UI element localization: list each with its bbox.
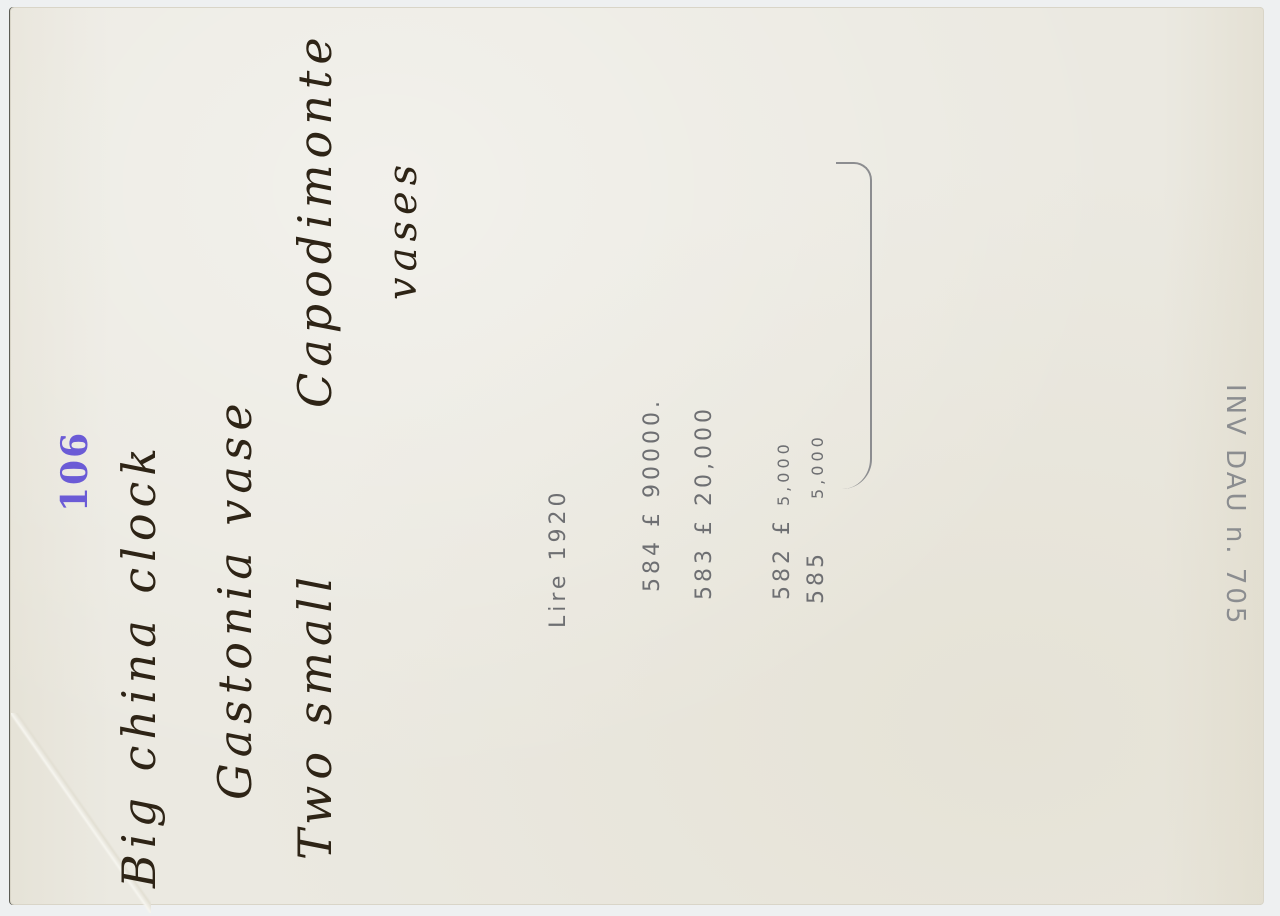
ledger-amount: 5,000 <box>808 433 827 499</box>
ledger-code: 583 <box>692 546 717 600</box>
ledger-currency: £ <box>692 517 717 535</box>
ledger-amount: 5,000 <box>774 440 793 506</box>
ledger-row-3: 582 £ 5,000 <box>770 300 795 600</box>
handwritten-line-capodimonte: Capodimonte <box>288 31 342 408</box>
ledger-amount: 90000. <box>640 397 665 498</box>
ledger-row-1: 584 £ 90000. <box>640 292 665 592</box>
handwritten-line-clock: Big china clock <box>112 442 166 888</box>
ledger-code: 585 <box>804 550 829 604</box>
handwritten-line-vases: vases <box>380 159 426 300</box>
handwritten-line-two-small: Two small <box>288 571 342 860</box>
ledger-code: 582 <box>770 546 795 600</box>
stamp-number: 106 <box>54 431 96 512</box>
pencil-heading: Lire 1920 <box>546 489 571 628</box>
pencil-bracket-line <box>836 162 872 489</box>
ledger-code: 584 <box>640 538 665 592</box>
ledger-currency: £ <box>640 509 665 527</box>
ledger-row-2: 583 £ 20,000 <box>692 300 717 600</box>
inventory-mark: INV DAU n. 705 <box>1220 384 1250 626</box>
handwritten-line-vase: Gastonia vase <box>208 397 262 800</box>
ledger-amount: 20,000 <box>692 405 717 506</box>
ledger-currency: £ <box>770 517 795 535</box>
ledger-row-4: 585 5,000 <box>804 304 829 604</box>
photo-card-verso <box>11 8 1263 904</box>
